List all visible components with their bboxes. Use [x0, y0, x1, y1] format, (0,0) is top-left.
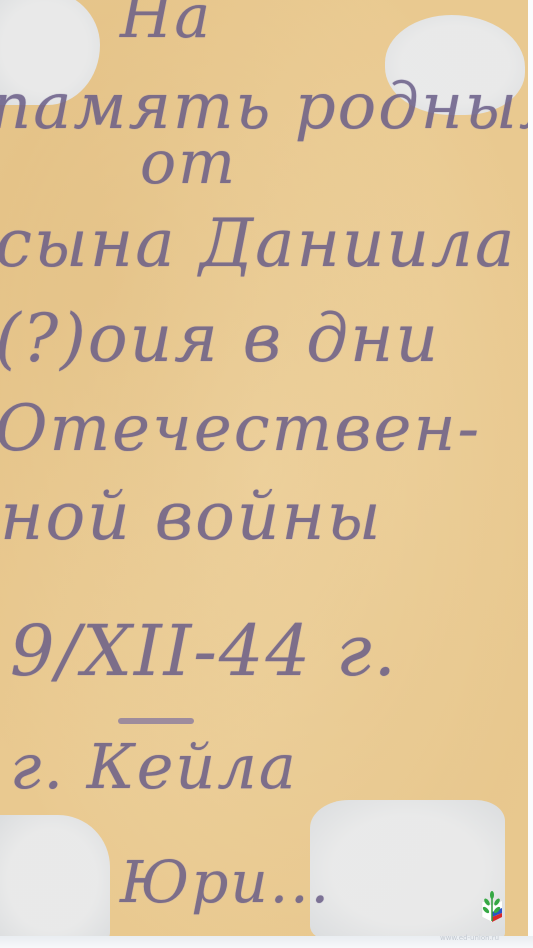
inscription-line: память родным	[0, 70, 528, 144]
watermark-text: www.ed-union.ru	[440, 934, 499, 942]
date-underline	[118, 718, 194, 724]
profsoyuz-sprout-logo-icon	[480, 891, 504, 923]
inscription-line: ной войны	[0, 478, 383, 555]
inscription-line: г. Кейла	[10, 730, 298, 803]
inscription-signature: Юри...	[120, 848, 331, 916]
old-photo-back: На память родным от сына Даниила (?)оия …	[0, 0, 528, 936]
paper-residue-patch	[310, 800, 505, 936]
inscription-line: Отечествен-	[0, 392, 481, 466]
scan-border	[528, 0, 533, 948]
inscription-line: от	[140, 128, 237, 198]
inscription-date: 9/XII-44 г.	[10, 610, 398, 692]
paper-residue-patch	[0, 815, 110, 936]
inscription-line: (?)оия в дни	[0, 300, 440, 377]
inscription-line: сына Даниила	[0, 205, 516, 282]
inscription-line: На	[120, 0, 212, 52]
